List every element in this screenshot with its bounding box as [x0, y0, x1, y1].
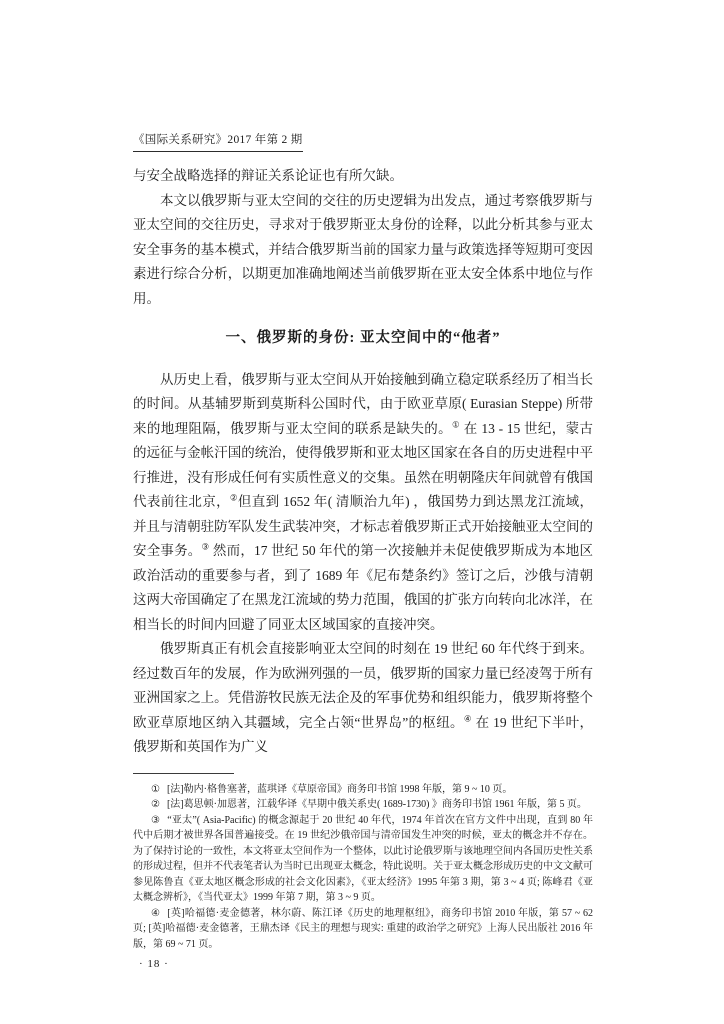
- footnote-marker: ①: [151, 784, 167, 795]
- footnote-ref: ②: [230, 493, 238, 503]
- section-heading: 一、俄罗斯的身份: 亚太空间中的“他者”: [133, 326, 593, 351]
- footnotes: ①[法]勒内·格鲁塞著，蓝琪译《草原帝国》商务印书馆 1998 年版，第 9 ~…: [133, 782, 593, 953]
- page-header: 《国际关系研究》2017 年第 2 期: [133, 130, 593, 152]
- footnote-ref: ③: [202, 542, 210, 552]
- footnote-separator: [133, 773, 234, 774]
- footnote-item: ②[法]葛思顿·加恩著，江载华译《早期中俄关系史( 1689-1730) 》商务…: [133, 797, 593, 813]
- footnote-item: ①[法]勒内·格鲁塞著，蓝琪译《草原帝国》商务印书馆 1998 年版，第 9 ~…: [133, 782, 593, 798]
- footnote-marker: ④: [151, 908, 167, 919]
- footnote-item: ④[英]哈福德·麦金德著，林尔蔚、陈江译《历史的地理枢纽》，商务印书馆 2010…: [133, 906, 593, 953]
- footnote-marker: ③: [151, 815, 167, 826]
- body-content: 与安全战略选择的辩证关系论证也有所欠缺。本文以俄罗斯与亚太空间的交往的历史逻辑为…: [133, 164, 593, 760]
- footnote-marker: ②: [151, 799, 167, 810]
- footnote-ref: ④: [464, 713, 472, 723]
- journal-title-header: 《国际关系研究》2017 年第 2 期: [133, 131, 303, 152]
- footnote-item: ③“亚太”( Asia-Pacific) 的概念源起于 20 世纪 40 年代，…: [133, 813, 593, 906]
- footnote-ref: ①: [452, 419, 460, 429]
- document-page: 《国际关系研究》2017 年第 2 期 与安全战略选择的辩证关系论证也有所欠缺。…: [0, 0, 724, 1024]
- page-number: · 18 ·: [133, 958, 593, 970]
- body-paragraph: 与安全战略选择的辩证关系论证也有所欠缺。: [133, 164, 593, 189]
- body-paragraph: 俄罗斯真正有机会直接影响亚太空间的时刻在 19 世纪 60 年代终于到来。经过数…: [133, 637, 593, 760]
- body-paragraph: 从历史上看，俄罗斯与亚太空间从开始接触到确立稳定联系经历了相当长的时间。从基辅罗…: [133, 368, 593, 638]
- body-paragraph: 本文以俄罗斯与亚太空间的交往的历史逻辑为出发点，通过考察俄罗斯与亚太空间的交往历…: [133, 189, 593, 312]
